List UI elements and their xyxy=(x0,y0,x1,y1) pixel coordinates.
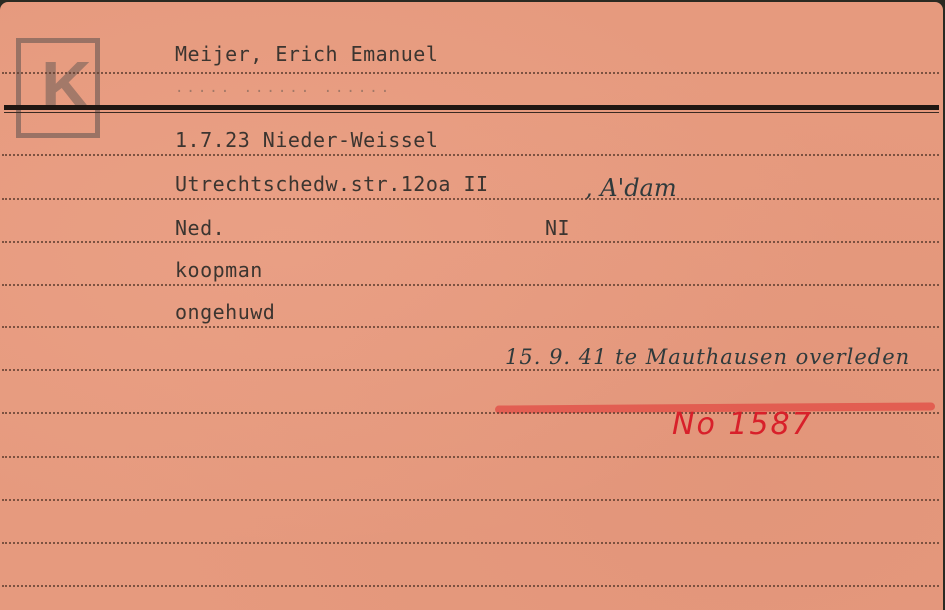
dotted-line xyxy=(2,72,939,74)
dotted-line xyxy=(2,326,939,328)
nationality: Ned. xyxy=(175,216,225,240)
nationality-code: NI xyxy=(545,216,570,240)
dotted-line xyxy=(2,369,939,371)
marital-status: ongehuwd xyxy=(175,300,275,324)
dotted-line xyxy=(2,542,939,544)
dotted-line xyxy=(2,241,939,243)
occupation: koopman xyxy=(175,258,263,282)
death-annotation: 15. 9. 41 te Mauthausen overleden xyxy=(505,345,910,369)
dotted-line xyxy=(2,585,939,587)
birth-date-place: 1.7.23 Nieder-Weissel xyxy=(175,128,438,152)
registration-card: K Meijer, Erich Emanuel ..... ...... ...… xyxy=(0,2,943,610)
dotted-line xyxy=(2,154,939,156)
address: Utrechtschedw.str.12oa II xyxy=(175,172,489,196)
record-number: No 1587 xyxy=(672,407,813,442)
header-rule-thin xyxy=(4,112,939,113)
faded-typed-line: ..... ...... ...... xyxy=(175,80,392,96)
person-name: Meijer, Erich Emanuel xyxy=(175,42,438,66)
header-rule xyxy=(4,105,939,110)
dotted-line xyxy=(2,499,939,501)
k-stamp: K xyxy=(16,38,100,138)
dotted-line xyxy=(2,284,939,286)
dotted-line xyxy=(2,456,939,458)
dotted-line xyxy=(2,198,939,200)
stamp-letter: K xyxy=(41,51,92,121)
